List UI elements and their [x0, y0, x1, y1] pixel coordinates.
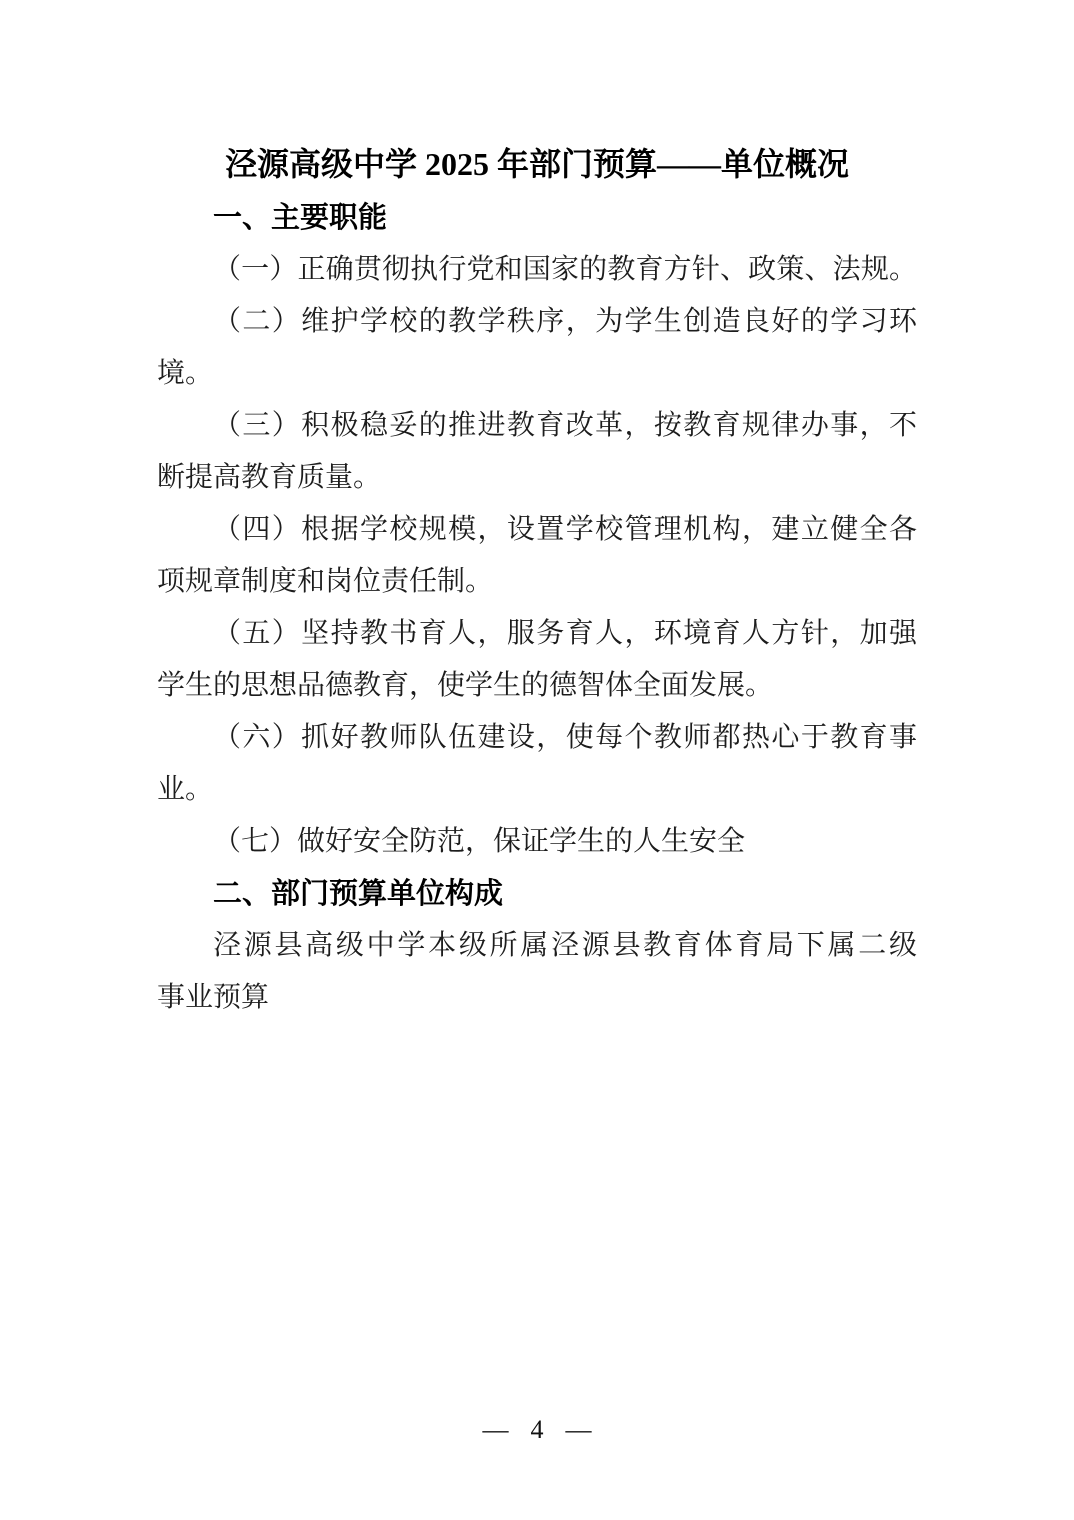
- paragraph-line: 事业预算: [157, 972, 917, 1024]
- footer-dash-left: —: [483, 1415, 509, 1445]
- paragraph-line: （二）维护学校的教学秩序，为学生创造良好的学习环: [157, 296, 917, 348]
- page-number: 4: [531, 1415, 544, 1445]
- paragraph-line: （一）正确贯彻执行党和国家的教育方针、政策、法规。: [157, 244, 917, 296]
- paragraph-line: （四）根据学校规模，设置学校管理机构，建立健全各: [157, 504, 917, 556]
- paragraph-line: 境。: [157, 348, 917, 400]
- document-body: 一、主要职能（一）正确贯彻执行党和国家的教育方针、政策、法规。（二）维护学校的教…: [157, 192, 917, 1024]
- paragraph-line: 断提高教育质量。: [157, 452, 917, 504]
- section-heading: 一、主要职能: [157, 192, 917, 244]
- paragraph-line: 学生的思想品德教育，使学生的德智体全面发展。: [157, 660, 917, 712]
- paragraph-line: （三）积极稳妥的推进教育改革，按教育规律办事，不: [157, 400, 917, 452]
- paragraph-line: 项规章制度和岗位责任制。: [157, 556, 917, 608]
- paragraph-line: 业。: [157, 764, 917, 816]
- document-content: 泾源高级中学 2025 年部门预算——单位概况 一、主要职能（一）正确贯彻执行党…: [0, 0, 1074, 1024]
- section-heading: 二、部门预算单位构成: [157, 868, 917, 920]
- paragraph-line: 泾源县高级中学本级所属泾源县教育体育局下属二级: [157, 920, 917, 972]
- paragraph-line: （七）做好安全防范，保证学生的人生安全: [157, 816, 917, 868]
- paragraph-line: （六）抓好教师队伍建设，使每个教师都热心于教育事: [157, 712, 917, 764]
- document-title: 泾源高级中学 2025 年部门预算——单位概况: [157, 136, 917, 192]
- paragraph-line: （五）坚持教书育人，服务育人，环境育人方针，加强: [157, 608, 917, 660]
- footer-dash-right: —: [566, 1415, 592, 1445]
- document-page: 泾源高级中学 2025 年部门预算——单位概况 一、主要职能（一）正确贯彻执行党…: [0, 0, 1074, 1520]
- page-footer: — 4 —: [0, 1408, 1074, 1452]
